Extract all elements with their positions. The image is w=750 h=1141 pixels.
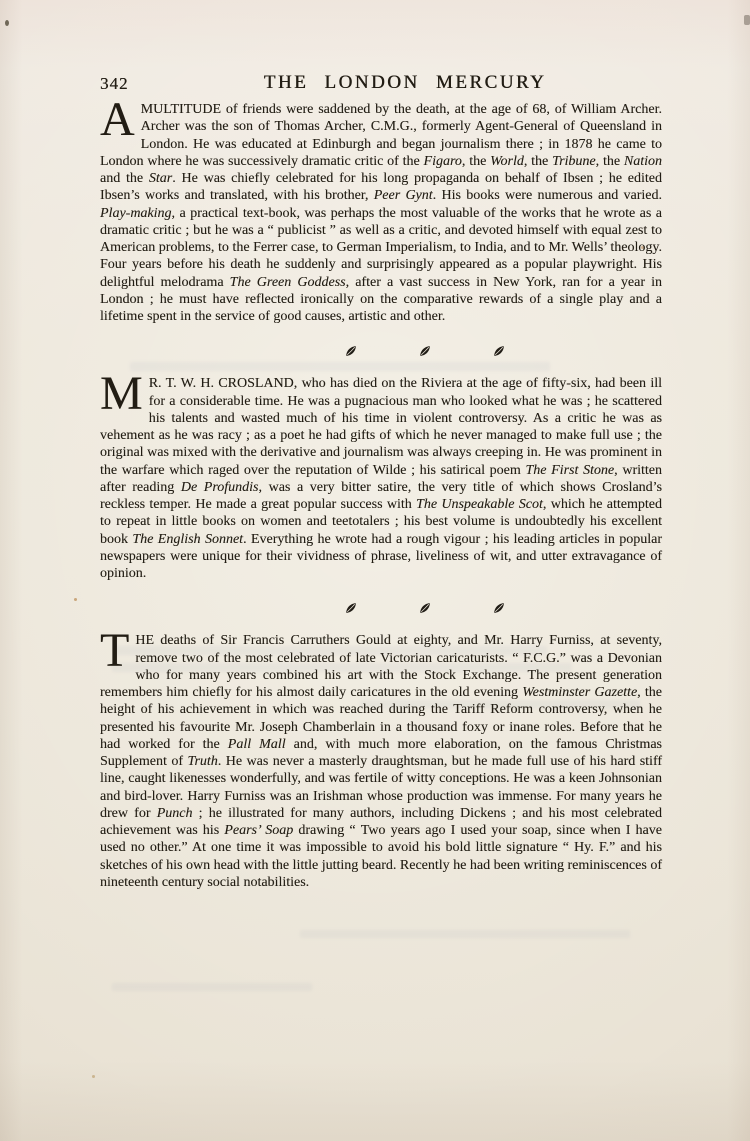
work-title: Punch	[157, 806, 193, 821]
leaf-fleuron-icon	[419, 345, 431, 357]
work-title: Truth	[187, 754, 217, 769]
scan-artifact	[744, 15, 750, 25]
article-column: AMULTITUDE of friends were saddened by t…	[100, 101, 662, 891]
work-title: Figaro	[424, 154, 462, 169]
work-title: Nation	[624, 154, 662, 169]
text-run: . His books were numerous and varied.	[433, 188, 662, 203]
obituary-article: MR. T. W. H. CROSLAND, who has died on t…	[100, 375, 662, 582]
work-title: Star	[149, 171, 172, 186]
article-text: MR. T. W. H. CROSLAND, who has died on t…	[100, 375, 662, 582]
obituary-article: AMULTITUDE of friends were saddened by t…	[100, 101, 662, 325]
work-title: The Unspeakable Scot	[416, 497, 543, 512]
drop-cap: A	[100, 102, 135, 136]
obituary-article: THE deaths of Sir Francis Carruthers Gou…	[100, 632, 662, 891]
text-run: and the	[100, 171, 149, 186]
work-title: The First Stone	[525, 463, 614, 478]
show-through-text	[112, 983, 312, 991]
text-run: , the	[462, 154, 490, 169]
fleuron-divider	[100, 341, 662, 356]
leaf-fleuron-icon	[493, 345, 505, 357]
drop-cap: T	[100, 633, 129, 667]
work-title: Westminster Gazette	[522, 685, 637, 700]
work-title: World	[490, 154, 524, 169]
work-title: Play-making	[100, 206, 172, 221]
show-through-text	[300, 930, 630, 938]
article-text: THE deaths of Sir Francis Carruthers Gou…	[100, 632, 662, 891]
leaf-fleuron-icon	[493, 602, 505, 614]
work-title: The Green Goddess	[230, 275, 346, 290]
drop-cap: M	[100, 376, 143, 410]
scan-artifact	[5, 20, 9, 26]
article-text: AMULTITUDE of friends were saddened by t…	[100, 101, 662, 325]
work-title: Pall Mall	[228, 737, 286, 752]
fox-spot	[74, 598, 77, 601]
work-title: Tribune	[552, 154, 596, 169]
fox-spot	[92, 1075, 95, 1078]
leaf-fleuron-icon	[345, 602, 357, 614]
text-run: , the	[524, 154, 552, 169]
fleuron-divider	[100, 598, 662, 613]
scanned-page: 342 THE LONDON MERCURY AMULTITUDE of fri…	[0, 0, 750, 1141]
journal-title: THE LONDON MERCURY	[124, 72, 686, 94]
leaf-fleuron-icon	[419, 602, 431, 614]
text-run: , the	[596, 154, 624, 169]
page-header: 342 THE LONDON MERCURY	[100, 72, 662, 98]
work-title: De Profundis	[181, 480, 259, 495]
leaf-fleuron-icon	[345, 345, 357, 357]
work-title: The English Sonnet	[132, 532, 243, 547]
work-title: Pears’ Soap	[224, 823, 293, 838]
work-title: Peer Gynt	[374, 188, 433, 203]
